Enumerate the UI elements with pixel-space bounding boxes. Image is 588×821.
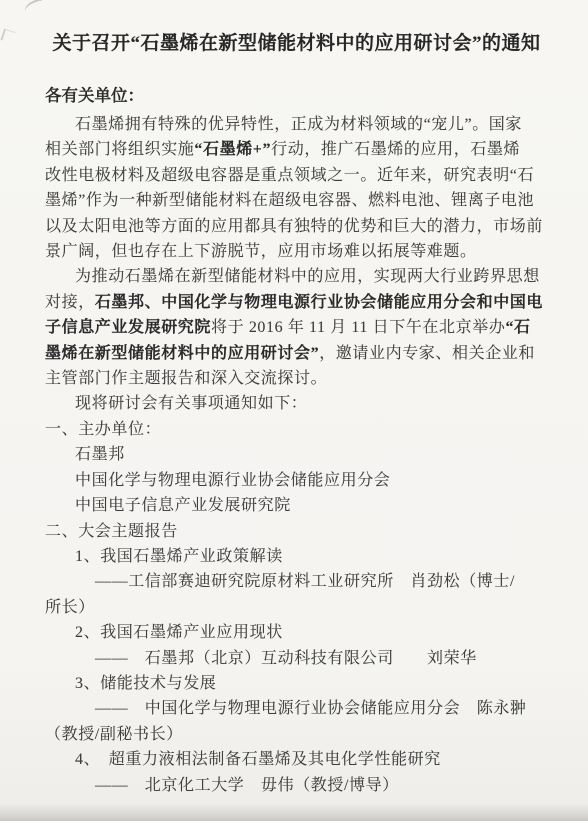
scanned-notice-page: 关于召开“石墨烯在新型储能材料中的应用研讨会”的通知 各有关单位： 石墨烯拥有特… — [0, 0, 588, 821]
report-item2-speaker: —— 石墨邦（北京）互动科技有限公司 刘荣华 — [45, 646, 548, 671]
salutation: 各有关单位： — [45, 83, 548, 109]
report-item4-speaker: —— 北京化工大学 毋伟（教授/博导） — [45, 773, 548, 798]
notice-intro: 现将研讨会有关事项通知如下： — [45, 391, 548, 416]
notice-body: 石墨烯拥有特殊的优异特性，正成为材料领域的“宠儿”。国家 相关部门将组织实施“石… — [45, 112, 548, 798]
text-run: ，邀请业内专家、相关企业和 — [319, 345, 535, 362]
para2-line2: 对接，石墨邦、中国化学与物理电源行业协会储能应用分会和中国电 — [45, 290, 548, 315]
text-run: 相关部门将组织实施 — [45, 141, 194, 158]
report-item3-speaker: —— 中国化学与物理电源行业协会储能应用分会 陈永翀 — [45, 696, 548, 721]
report-item3-speaker-cont: （教授/副秘书长） — [45, 722, 548, 747]
para2-line5: 主管部门作主题报告和深入交流探讨。 — [45, 366, 548, 391]
para1-line6: 景广阔，但也存在上下游脱节，应用市场难以拓展等难题。 — [45, 239, 548, 264]
pencil-scan-mark — [0, 28, 15, 43]
para2-line1: 为推动石墨烯在新型储能材料中的应用，实现两大行业跨界思想 — [45, 264, 548, 289]
para1-line3: 改性电极材料及超级电容器是重点领域之一。近年来，研究表明“石 — [45, 163, 548, 188]
pencil-scan-mark — [23, 0, 46, 16]
text-run-bold: “石 — [505, 319, 530, 336]
report-item1-title: 1、我国石墨烯产业政策解读 — [45, 544, 548, 569]
notice-title: 关于召开“石墨烯在新型储能材料中的应用研讨会”的通知 — [45, 30, 548, 58]
section1-heading: 一、主办单位： — [45, 417, 548, 442]
text-run: 对接， — [45, 294, 95, 311]
organizer-1: 石墨邦 — [45, 442, 548, 467]
report-item4-title: 4、 超重力液相法制备石墨烯及其电化学性能研究 — [45, 747, 548, 772]
para2-line3: 子信息产业发展研究院将于 2016 年 11 月 11 日下午在北京举办“石 — [45, 315, 548, 340]
para1-line4: 墨烯”作为一种新型储能材料在超级电容器、燃料电池、锂离子电池 — [45, 188, 548, 213]
report-item1-speaker: ——工信部赛迪研究院原材料工业研究所 肖劲松（博士/ — [45, 569, 548, 594]
report-item2-title: 2、我国石墨烯产业应用现状 — [45, 620, 548, 645]
para1-line5: 以及太阳电池等方面的应用都具有独特的优势和巨大的潜力，市场前 — [45, 214, 548, 239]
para2-line4: 墨烯在新型储能材料中的应用研讨会”，邀请业内专家、相关企业和 — [45, 341, 548, 366]
text-run-bold: 石墨邦、中国化学与物理电源行业协会储能应用分会和中国电 — [95, 294, 543, 311]
para1-line2: 相关部门将组织实施“石墨烯+”行动，推广石墨烯的应用，石墨烯 — [45, 137, 548, 162]
organizer-3: 中国电子信息产业发展研究院 — [45, 493, 548, 518]
text-run-bold: “石墨烯+” — [194, 141, 271, 158]
text-run-bold: 子信息产业发展研究院 — [45, 319, 211, 336]
scan-bottom-edge — [0, 803, 588, 821]
document-content: 关于召开“石墨烯在新型储能材料中的应用研讨会”的通知 各有关单位： 石墨烯拥有特… — [45, 0, 548, 798]
report-item1-speaker-cont: 所长） — [45, 595, 548, 620]
report-item3-title: 3、储能技术与发展 — [45, 671, 548, 696]
organizer-2: 中国化学与物理电源行业协会储能应用分会 — [45, 468, 548, 493]
text-run: 将于 2016 年 11 月 11 日下午在北京举办 — [211, 319, 505, 336]
text-run: 行动，推广石墨烯的应用，石墨烯 — [271, 141, 520, 158]
para1-line1: 石墨烯拥有特殊的优异特性，正成为材料领域的“宠儿”。国家 — [45, 112, 548, 137]
text-run-bold: 墨烯在新型储能材料中的应用研讨会” — [45, 345, 319, 362]
section2-heading: 二、大会主题报告 — [45, 519, 548, 544]
